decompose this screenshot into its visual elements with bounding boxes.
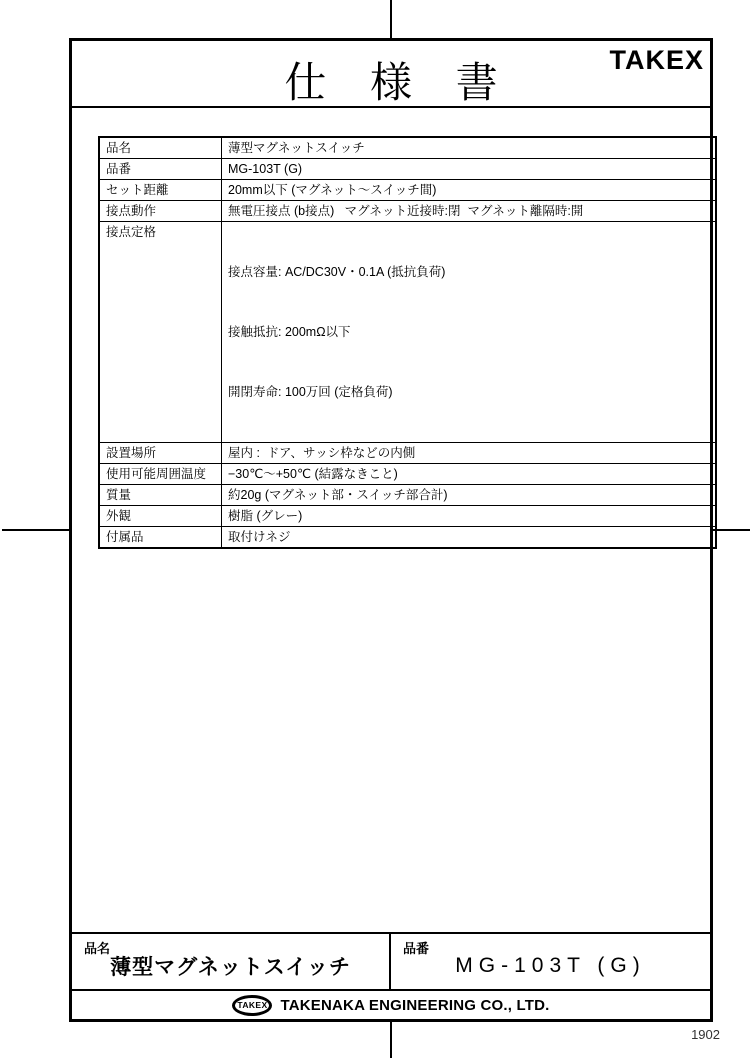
takex-oval-logo-icon: TAKEX [232, 995, 272, 1016]
row-label: 接点動作 [99, 201, 222, 222]
brand-logo: TAKEX [609, 45, 704, 76]
table-row: セット距離 20mm以下 (マグネット〜スイッチ間) [99, 180, 716, 201]
product-name-value-wrap: 薄型マグネットスイッチ [72, 934, 389, 989]
table-row: 質量 約20g (マグネット部・スイッチ部合計) [99, 485, 716, 506]
title-band: 仕 様 書 TAKEX [72, 41, 710, 108]
table-row: 設置場所 屋内 : ドア、サッシ枠などの内側 [99, 443, 716, 464]
row-label: 設置場所 [99, 443, 222, 464]
bottom-section: 品名 薄型マグネットスイッチ 品番 MG-103T (G) TAKEX TAKE… [72, 932, 710, 1019]
row-value: 接点容量: AC/DC30V・0.1A (抵抗負荷) 接触抵抗: 200mΩ以下… [222, 222, 717, 443]
product-name-cell: 品名 薄型マグネットスイッチ [72, 934, 391, 989]
table-row: 品番 MG-103T (G) [99, 159, 716, 180]
crop-mark-top [390, 0, 392, 38]
page: { "doc": { "title": "仕 様 書", "brand": "T… [0, 0, 750, 1060]
row-value: 屋内 : ドア、サッシ枠などの内側 [222, 443, 717, 464]
document-frame: 仕 様 書 TAKEX 品名 薄型マグネットスイッチ 品番 MG-103T (G… [69, 38, 713, 1022]
product-number-value: MG-103T (G) [455, 954, 645, 978]
rating-line: 接触抵抗: 200mΩ以下 [228, 322, 711, 342]
product-number-label: 品番 [403, 938, 429, 957]
crop-mark-left [2, 529, 69, 531]
table-row: 使用可能周囲温度 −30℃〜+50℃ (結露なきこと) [99, 464, 716, 485]
rating-line: 開閉寿命: 100万回 (定格負荷) [228, 382, 711, 402]
row-value: 20mm以下 (マグネット〜スイッチ間) [222, 180, 717, 201]
spec-table: 品名 薄型マグネットスイッチ 品番 MG-103T (G) セット距離 20mm… [98, 136, 717, 549]
company-name: TAKENAKA ENGINEERING CO., LTD. [280, 997, 549, 1014]
row-value: 無電圧接点 (b接点) マグネット近接時:閉 マグネット離隔時:開 [222, 201, 717, 222]
table-row: 付属品 取付けネジ [99, 527, 716, 549]
table-row: 品名 薄型マグネットスイッチ [99, 137, 716, 159]
row-label: 外観 [99, 506, 222, 527]
product-number-cell: 品番 MG-103T (G) [391, 934, 710, 989]
table-row: 接点動作 無電圧接点 (b接点) マグネット近接時:閉 マグネット離隔時:開 [99, 201, 716, 222]
row-label: 使用可能周囲温度 [99, 464, 222, 485]
row-label: 品番 [99, 159, 222, 180]
product-number-value-wrap: MG-103T (G) [391, 934, 710, 989]
table-row: 接点定格 接点容量: AC/DC30V・0.1A (抵抗負荷) 接触抵抗: 20… [99, 222, 716, 443]
row-label: 質量 [99, 485, 222, 506]
product-name-value: 薄型マグネットスイッチ [110, 951, 351, 981]
row-value: MG-103T (G) [222, 159, 717, 180]
row-label: セット距離 [99, 180, 222, 201]
row-label: 品名 [99, 137, 222, 159]
row-value: 取付けネジ [222, 527, 717, 549]
product-name-label: 品名 [84, 938, 110, 957]
row-label: 付属品 [99, 527, 222, 549]
page-code: 1902 [691, 1027, 720, 1042]
row-value: 薄型マグネットスイッチ [222, 137, 717, 159]
identification-row: 品名 薄型マグネットスイッチ 品番 MG-103T (G) [72, 932, 710, 989]
row-value: 約20g (マグネット部・スイッチ部合計) [222, 485, 717, 506]
row-value: 樹脂 (グレー) [222, 506, 717, 527]
crop-mark-bottom [390, 1022, 392, 1058]
row-value: −30℃〜+50℃ (結露なきこと) [222, 464, 717, 485]
rating-line: 接点容量: AC/DC30V・0.1A (抵抗負荷) [228, 262, 711, 282]
row-label: 接点定格 [99, 222, 222, 443]
table-row: 外観 樹脂 (グレー) [99, 506, 716, 527]
footer-bar: TAKEX TAKENAKA ENGINEERING CO., LTD. [72, 989, 710, 1019]
